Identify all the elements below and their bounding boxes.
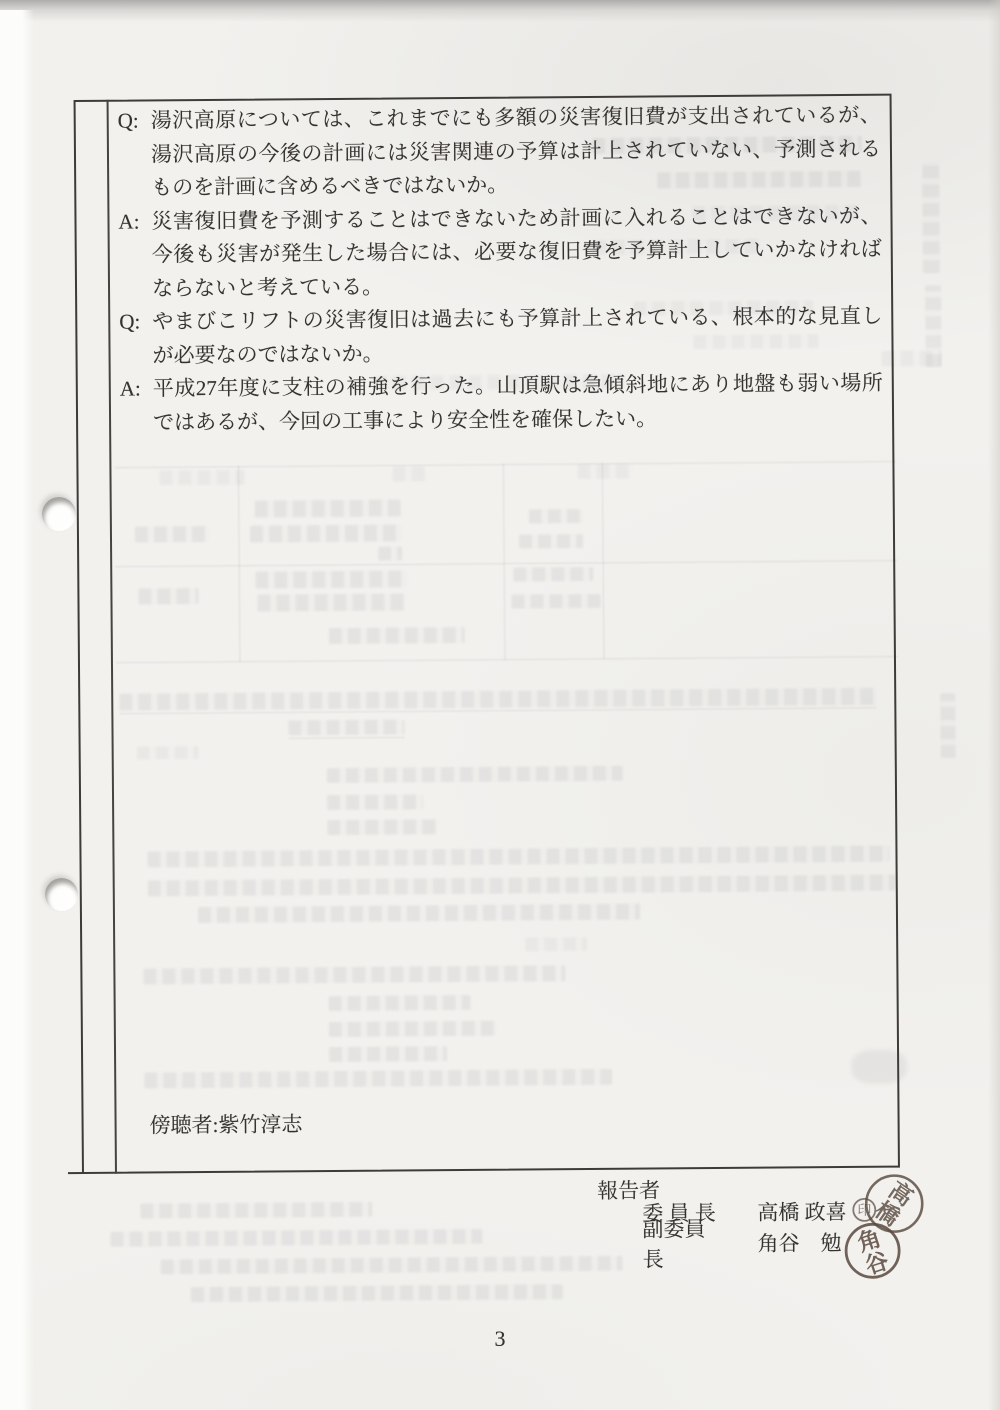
qa-label: Q:	[119, 305, 153, 372]
qa-label: A:	[118, 205, 152, 306]
qa-label: A:	[120, 372, 154, 439]
bleed-through-artifact	[922, 161, 940, 273]
qa-label: Q:	[118, 104, 152, 205]
page-number: 3	[0, 1326, 1000, 1352]
reporter-row-vice-chairman: 副委員長 角谷 勉	[642, 1226, 846, 1259]
reporter-name: 角谷 勉	[757, 1227, 841, 1258]
bleed-through-artifact	[191, 1284, 563, 1302]
bleed-through-artifact	[940, 693, 956, 758]
reporter-name: 高橋 政喜	[757, 1195, 846, 1226]
bleed-through-artifact	[140, 1202, 372, 1219]
qa-section: Q: 湯沢高原については、これまでにも多額の災害復旧費が支出されているが、湯沢高…	[118, 99, 887, 440]
bleed-through-artifact	[110, 1229, 482, 1247]
scan-edge-right	[988, 0, 1000, 1410]
qa-text: 湯沢高原については、これまでにも多額の災害復旧費が支出されているが、湯沢高原の今…	[151, 99, 882, 205]
punch-hole	[45, 878, 78, 911]
bleed-through-artifact	[161, 1256, 623, 1275]
table-bottom-rule-overshoot	[68, 1172, 84, 1174]
qa-item: A: 平成27年度に支柱の補強を行った。山頂駅は急傾斜地にあり地盤も弱い場所では…	[120, 367, 887, 440]
observer-line: 傍聴者:紫竹淳志	[149, 1108, 302, 1139]
scan-tilt-layer: Q: 湯沢高原については、これまでにも多額の災害復旧費が支出されているが、湯沢高…	[0, 0, 1000, 1410]
reporter-rows: 委 員 長 高橋 政喜 副委員長 角谷 勉	[642, 1195, 847, 1259]
punch-hole	[42, 497, 76, 531]
qa-text: やまびこリフトの災害復旧は過去にも予算計上されている、根本的な見直しが必要なので…	[152, 300, 883, 373]
vice-chairman-hanko-seal-icon: 角 谷	[842, 1221, 902, 1281]
qa-text: 災害復旧費を予測することはできないため計画に入れることはできないが、今後も災害が…	[151, 199, 882, 305]
qa-text: 平成27年度に支柱の補強を行った。山頂駅は急傾斜地にあり地盤も弱い場所ではあるが…	[153, 367, 884, 440]
scan-edge-top	[0, 0, 1000, 22]
qa-item: A: 災害復旧費を予測することはできないため計画に入れることはできないが、今後も…	[118, 199, 885, 306]
scan-edge-left	[0, 10, 34, 1410]
scanned-document-page: Q: 湯沢高原については、これまでにも多額の災害復旧費が支出されているが、湯沢高…	[0, 0, 1000, 1410]
reporter-title: 副委員長	[642, 1212, 724, 1273]
qa-item: Q: 湯沢高原については、これまでにも多額の災害復旧費が支出されているが、湯沢高…	[118, 99, 885, 206]
qa-item: Q: やまびこリフトの災害復旧は過去にも予算計上されている、根本的な見直しが必要…	[119, 300, 886, 373]
